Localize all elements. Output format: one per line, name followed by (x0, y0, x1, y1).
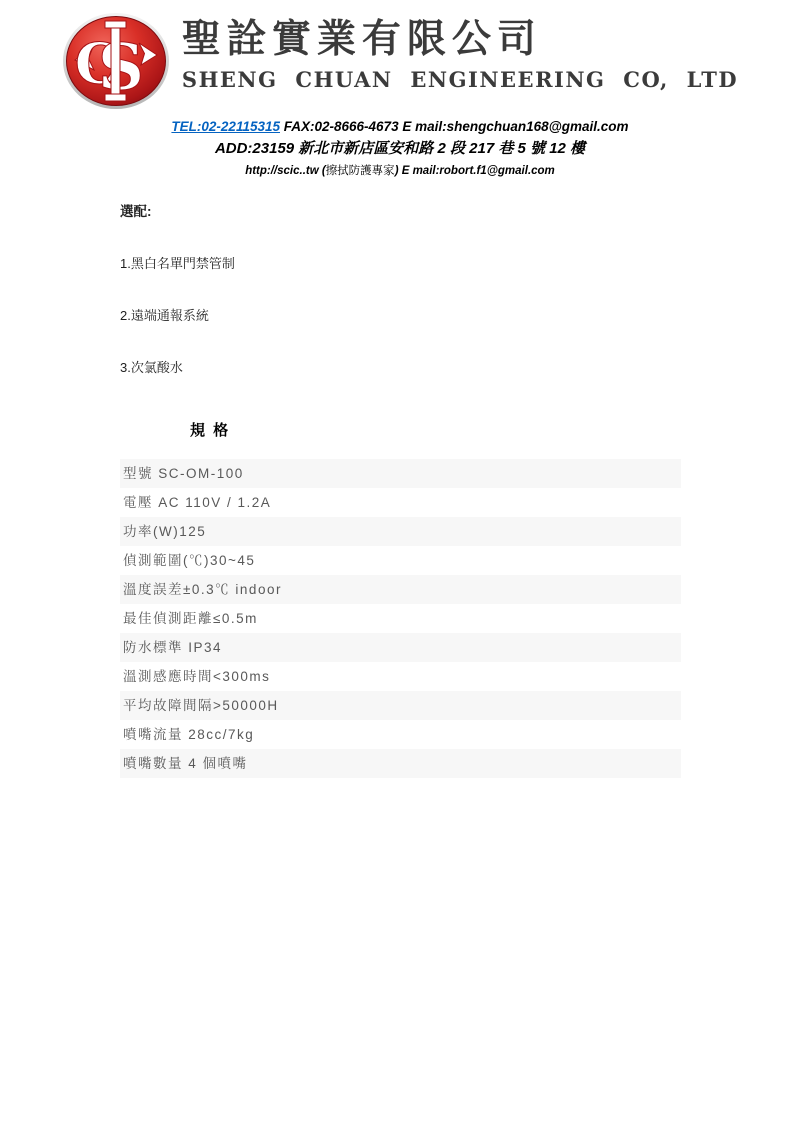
options-heading: 選配: (120, 200, 681, 220)
contact-line-tel-fax: TEL:02-22115315 FAX:02-8666-4673 E mail:… (0, 119, 800, 134)
spec-row-nozzle-count: 噴嘴數量 4 個噴嘴 (120, 749, 681, 778)
company-name-chinese: 聖詮實業有限公司 (182, 18, 738, 62)
contact-line-address: ADD:23159 新北市新店區安和路 2 段 217 巷 5 號 12 樓 (0, 137, 800, 158)
company-seal-icon: C S (62, 12, 170, 110)
spec-row-power: 功率(W)125 (120, 517, 681, 546)
website-url-text: http://scic..tw ( (245, 165, 326, 177)
option-item-3: 3.次氯酸水 (120, 357, 681, 376)
company-logo: C S (62, 12, 170, 110)
company-titles: 聖詮實業有限公司 SHENG CHUAN ENGINEERING CO, LTD (182, 18, 738, 92)
website-slogan-text: 擦拭防護專家 (326, 165, 395, 177)
spec-row-mtbf: 平均故障間隔>50000H (120, 691, 681, 720)
fax-email-text: FAX:02-8666-4673 E mail:shengchuan168@gm… (280, 119, 629, 134)
spec-row-model: 型號 SC-OM-100 (120, 459, 681, 488)
specs-table: 型號 SC-OM-100 電壓 AC 110V / 1.2A 功率(W)125 … (120, 459, 681, 778)
company-name-english: SHENG CHUAN ENGINEERING CO, LTD (182, 67, 738, 92)
spec-row-voltage: 電壓 AC 110V / 1.2A (120, 488, 681, 517)
document-page: C S 聖詮實業有限公司 SHENG CHUAN ENGINEERING CO,… (0, 0, 800, 1131)
spec-row-temp-accuracy: 溫度誤差±0.3℃ indoor (120, 575, 681, 604)
option-item-2: 2.遠端通報系統 (120, 305, 681, 324)
spec-row-detect-range: 偵測範圍(℃)30~45 (120, 546, 681, 575)
company-header: C S 聖詮實業有限公司 SHENG CHUAN ENGINEERING CO,… (0, 0, 800, 110)
spec-row-nozzle-flow: 噴嘴流量 28cc/7kg (120, 720, 681, 749)
specs-heading: 規 格 (190, 419, 681, 440)
contact-line-website: http://scic..tw (擦拭防護專家) E mail:robort.f… (0, 162, 800, 178)
spec-row-response-time: 溫測感應時間<300ms (120, 662, 681, 691)
option-item-1: 1.黑白名單門禁管制 (120, 253, 681, 272)
website-email-text: ) E mail:robort.f1@gmail.com (395, 165, 555, 177)
contact-block: TEL:02-22115315 FAX:02-8666-4673 E mail:… (0, 119, 800, 178)
spec-row-best-distance: 最佳偵測距離≤0.5m (120, 604, 681, 633)
main-content: 選配: 1.黑白名單門禁管制 2.遠端通報系統 3.次氯酸水 規 格 型號 SC… (120, 200, 681, 778)
spec-row-waterproof: 防水標準 IP34 (120, 633, 681, 662)
tel-link[interactable]: TEL:02-22115315 (171, 119, 280, 134)
